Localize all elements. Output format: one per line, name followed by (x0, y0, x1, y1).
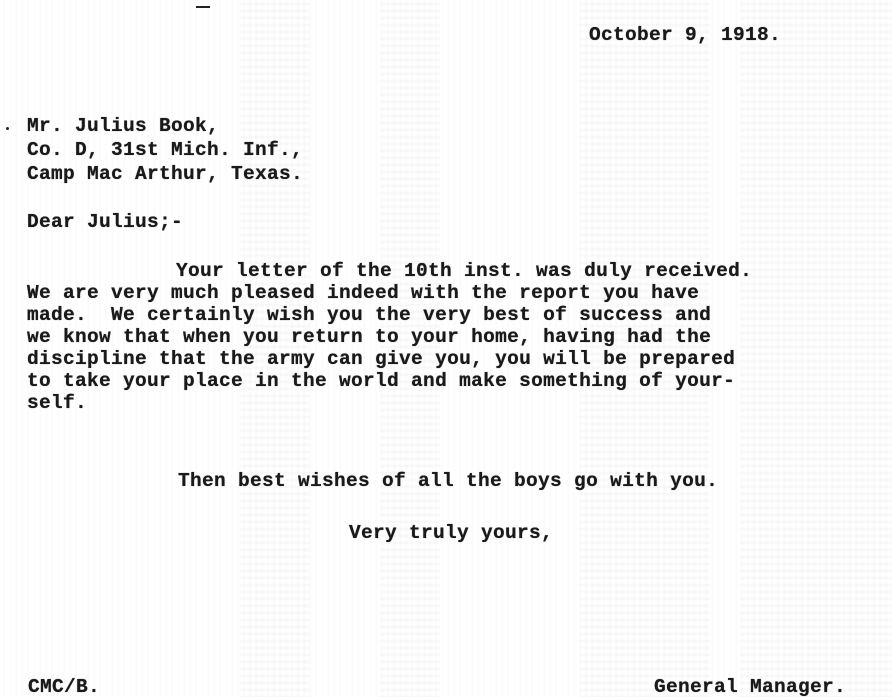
scan-mark (6, 127, 9, 130)
salutation: Dear Julius;- (27, 211, 183, 233)
body-line: made. We certainly wish you the very bes… (27, 304, 752, 326)
recipient-location: Camp Mac Arthur, Texas. (27, 163, 303, 185)
reference-initials: CMC/B. (28, 676, 100, 697)
letter-page: October 9, 1918. Mr. Julius Book, Co. D,… (0, 0, 892, 697)
body-line: We are very much pleased indeed with the… (27, 282, 752, 304)
closing-line: Then best wishes of all the boys go with… (178, 470, 718, 492)
body-line: self. (27, 392, 752, 414)
recipient-name: Mr. Julius Book, (27, 115, 219, 137)
body-line: to take your place in the world and make… (27, 370, 752, 392)
letter-date: October 9, 1918. (589, 24, 781, 46)
scan-noise (740, 0, 892, 697)
body-line: Your letter of the 10th inst. was duly r… (27, 260, 752, 282)
body-line: we know that when you return to your hom… (27, 326, 752, 348)
body-paragraph: Your letter of the 10th inst. was duly r… (27, 260, 752, 414)
signature-title: General Manager. (654, 676, 846, 697)
scan-mark (196, 6, 210, 8)
signoff: Very truly yours, (349, 522, 553, 544)
recipient-unit: Co. D, 31st Mich. Inf., (27, 139, 303, 161)
body-line: discipline that the army can give you, y… (27, 348, 752, 370)
